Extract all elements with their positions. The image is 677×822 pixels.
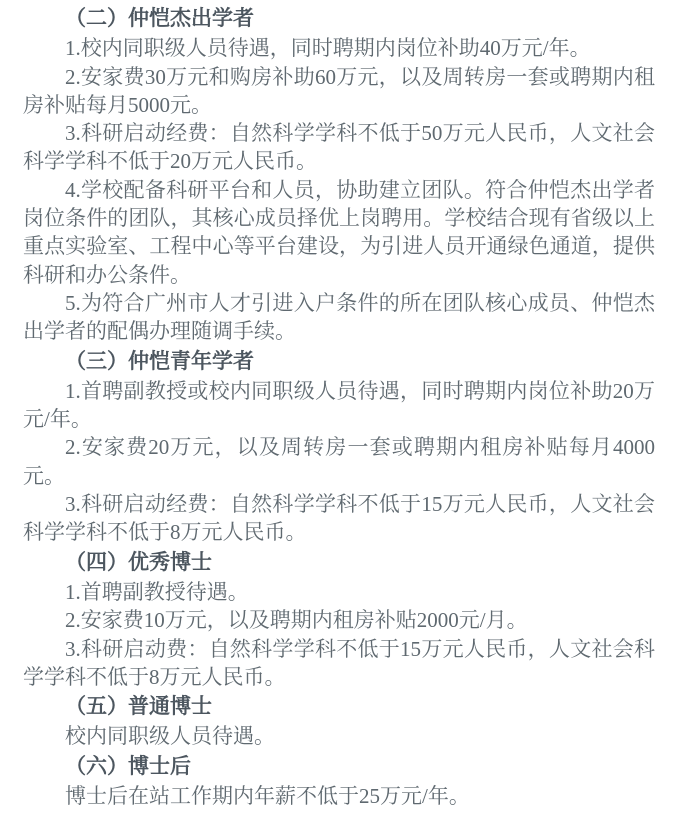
section-excellent-doctor: （四）优秀博士 1.首聘副教授待遇。 2.安家费10万元，以及聘期内租房补贴20…: [23, 548, 655, 691]
section-heading: （四）优秀博士: [23, 548, 655, 576]
paragraph: 1.校内同职级人员待遇，同时聘期内岗位补助40万元/年。: [23, 34, 655, 62]
paragraph: 2.安家费30万元和购房补助60万元，以及周转房一套或聘期内租房补贴每月5000…: [23, 63, 655, 120]
paragraph: 3.科研启动费：自然科学学科不低于15万元人民币，人文社会科学学科不低于8万元人…: [23, 635, 655, 692]
paragraph: 校内同职级人员待遇。: [23, 722, 655, 750]
paragraph: 博士后在站工作期内年薪不低于25万元/年。: [23, 782, 655, 810]
paragraph: 2.安家费10万元，以及聘期内租房补贴2000元/月。: [23, 606, 655, 634]
section-heading: （二）仲恺杰出学者: [23, 4, 655, 32]
section-heading: （五）普通博士: [23, 692, 655, 720]
paragraph: 3.科研启动经费：自然科学学科不低于50万元人民币，人文社会科学学科不低于20万…: [23, 119, 655, 176]
section-heading: （三）仲恺青年学者: [23, 347, 655, 375]
section-zhongkai-young-scholar: （三）仲恺青年学者 1.首聘副教授或校内同职级人员待遇，同时聘期内岗位补助20万…: [23, 347, 655, 547]
paragraph: 4.学校配备科研平台和人员，协助建立团队。符合仲恺杰出学者岗位条件的团队，其核心…: [23, 176, 655, 289]
document-page: （二）仲恺杰出学者 1.校内同职级人员待遇，同时聘期内岗位补助40万元/年。 2…: [0, 0, 677, 822]
paragraph: 1.首聘副教授待遇。: [23, 578, 655, 606]
section-ordinary-doctor: （五）普通博士 校内同职级人员待遇。: [23, 692, 655, 751]
section-heading: （六）博士后: [23, 752, 655, 780]
paragraph: 3.科研启动经费：自然科学学科不低于15万元人民币，人文社会科学学科不低于8万元…: [23, 490, 655, 547]
paragraph: 1.首聘副教授或校内同职级人员待遇，同时聘期内岗位补助20万元/年。: [23, 377, 655, 434]
section-zhongkai-distinguished-scholar: （二）仲恺杰出学者 1.校内同职级人员待遇，同时聘期内岗位补助40万元/年。 2…: [23, 4, 655, 346]
section-postdoctoral: （六）博士后 博士后在站工作期内年薪不低于25万元/年。: [23, 752, 655, 811]
paragraph: 2.安家费20万元，以及周转房一套或聘期内租房补贴每月4000元。: [23, 433, 655, 490]
paragraph: 5.为符合广州市人才引进入户条件的所在团队核心成员、仲恺杰出学者的配偶办理随调手…: [23, 289, 655, 346]
